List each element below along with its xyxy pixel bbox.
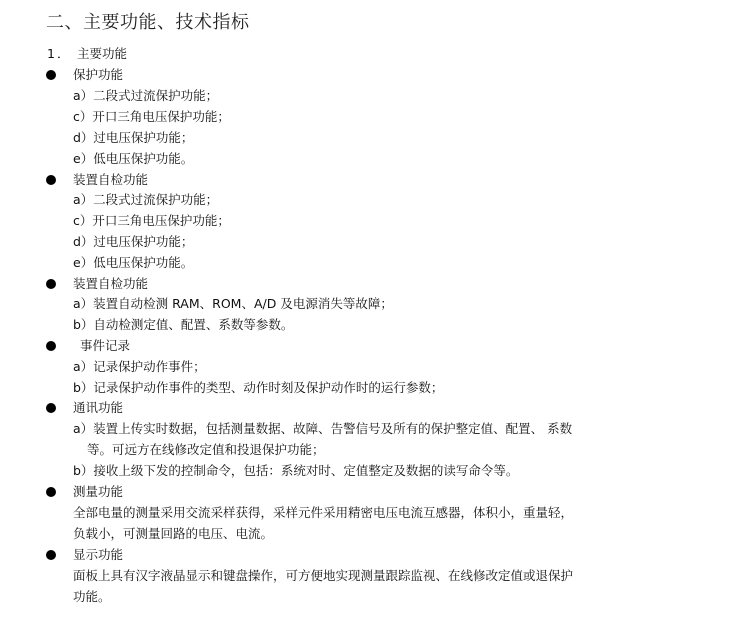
document-page: 二、主要功能、技术指标 1． 主要功能 保护功能 a）二段式过流保护功能； c）… bbox=[0, 0, 730, 622]
list-item: a）装置上传实时数据，包括测量数据、故障、告警信号及所有的保护整定值、配置、 系… bbox=[73, 419, 572, 439]
group-title: 显示功能 bbox=[73, 545, 123, 565]
list-item: a）装置自动检测 RAM、ROM、A/D 及电源消失等故障； bbox=[73, 294, 393, 314]
list-item: b）记录保护动作事件的类型、动作时刻及保护动作时的运行参数； bbox=[73, 378, 443, 398]
list-item-continuation: 等。可远方在线修改定值和投退保护功能； bbox=[87, 440, 325, 460]
group-title: 装置自检功能 bbox=[73, 170, 148, 190]
list-item: a）二段式过流保护功能； bbox=[73, 190, 218, 210]
list-item: a）记录保护动作事件； bbox=[73, 357, 206, 377]
subsection-title: 主要功能 bbox=[77, 44, 127, 64]
group-title: 装置自检功能 bbox=[73, 274, 148, 294]
list-item: b）接收上级下发的控制命令，包括：系统对时、定值整定及数据的读写命令等。 bbox=[73, 461, 518, 481]
group-title: 保护功能 bbox=[73, 65, 123, 85]
list-item: e）低电压保护功能。 bbox=[73, 149, 193, 169]
bullet-icon bbox=[46, 70, 56, 80]
paragraph-line: 负载小，可测量回路的电压、电流。 bbox=[73, 524, 273, 544]
list-item: c）开口三角电压保护功能； bbox=[73, 107, 230, 127]
list-item: e）低电压保护功能。 bbox=[73, 253, 193, 273]
paragraph-line: 功能。 bbox=[73, 587, 111, 607]
bullet-icon bbox=[46, 341, 56, 351]
bullet-icon bbox=[46, 403, 56, 413]
group-title: 通讯功能 bbox=[73, 398, 123, 418]
section-title: 二、主要功能、技术指标 bbox=[46, 10, 250, 36]
subsection-number: 1． bbox=[47, 44, 71, 64]
list-item: d）过电压保护功能； bbox=[73, 232, 193, 252]
paragraph-line: 面板上具有汉字液晶显示和键盘操作，可方便地实现测量跟踪监视、在线修改定值或退保护 bbox=[73, 566, 573, 586]
paragraph-line: 全部电量的测量采用交流采样获得，采样元件采用精密电压电流互感器，体积小，重量轻， bbox=[73, 503, 573, 523]
bullet-icon bbox=[46, 175, 56, 185]
list-item: d）过电压保护功能； bbox=[73, 128, 193, 148]
group-title: 测量功能 bbox=[73, 482, 123, 502]
list-item: a）二段式过流保护功能； bbox=[73, 86, 218, 106]
list-item: b）自动检测定值、配置、系数等参数。 bbox=[73, 315, 293, 335]
group-title: 事件记录 bbox=[80, 336, 130, 356]
bullet-icon bbox=[46, 487, 56, 497]
bullet-icon bbox=[46, 550, 56, 560]
list-item: c）开口三角电压保护功能； bbox=[73, 211, 230, 231]
bullet-icon bbox=[46, 279, 56, 289]
